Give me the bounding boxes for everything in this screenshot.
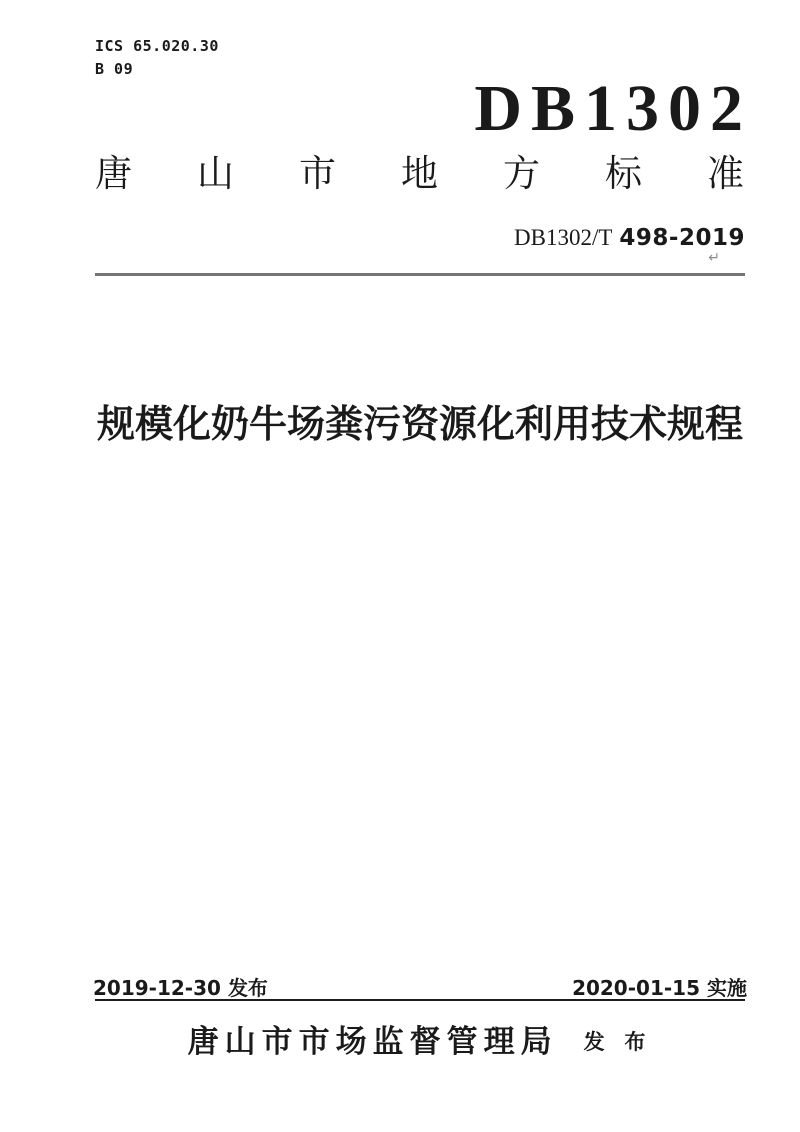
date-row: 2019-12-30发布 2020-01-15实施 — [93, 972, 747, 1001]
implementation-date-label: 实施 — [707, 978, 747, 1000]
standard-number-prefix: DB1302/T — [514, 225, 612, 250]
issue-date: 2019-12-30 — [93, 976, 221, 1000]
footer-divider-rule — [95, 999, 745, 1001]
issue-date-label: 发布 — [228, 978, 268, 1000]
standard-cover-page: ICS 65.020.30 B 09 DB1302 唐山市地方标准 DB1302… — [0, 0, 800, 1132]
standard-category-title: 唐山市地方标准 — [95, 153, 755, 196]
ics-code: ICS 65.020.30 — [95, 37, 219, 55]
paragraph-return-icon: ↵ — [708, 250, 720, 264]
standard-number-line: DB1302/T498-2019 — [514, 225, 745, 251]
document-title: 规模化奶牛场粪污资源化利用技术规程 — [75, 401, 765, 449]
classification-code: B 09 — [95, 60, 133, 78]
implementation-date-block: 2020-01-15实施 — [572, 972, 747, 1001]
issue-date-block: 2019-12-30发布 — [93, 972, 268, 1001]
publish-label: 发 布 — [584, 1022, 653, 1056]
publisher-row: 唐山市市场监督管理局 发 布 — [75, 1016, 765, 1061]
standard-number-value: 498-2019 — [619, 225, 745, 251]
header-divider-rule — [95, 273, 745, 276]
db-logo: DB1302 — [474, 76, 752, 142]
implementation-date: 2020-01-15 — [572, 976, 700, 1000]
publisher-name: 唐山市市场监督管理局 — [188, 1016, 558, 1061]
